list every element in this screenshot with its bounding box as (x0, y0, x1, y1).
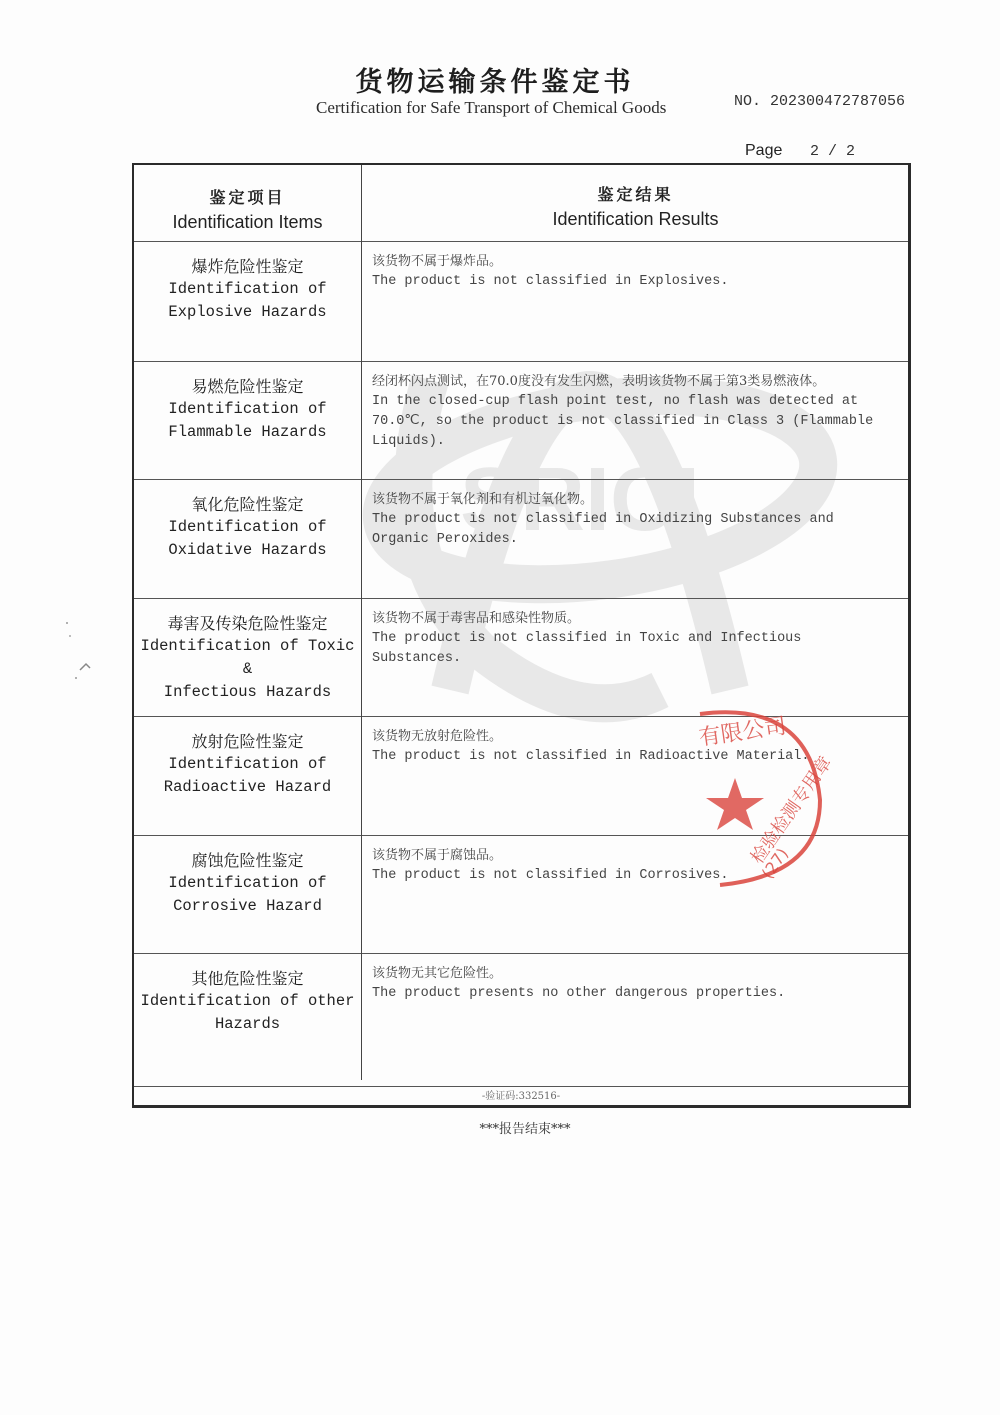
table-row: 放射危险性鉴定 Identification of Radioactive Ha… (134, 717, 908, 836)
result-cell: 该货物不属于爆炸品。 The product is not classified… (363, 242, 908, 361)
result-cell: 该货物无其它危险性。 The product presents no other… (363, 954, 908, 1086)
item-name-cn: 其他危险性鉴定 (134, 968, 361, 990)
result-en: The product is not classified in Toxic a… (372, 629, 898, 669)
table-row: 腐蚀危险性鉴定 Identification of Corrosive Haza… (134, 836, 908, 954)
item-cell: 其他危险性鉴定 Identification of other Hazards (134, 954, 361, 1086)
item-name-en: Identification of (134, 278, 361, 301)
table-header-row: 鉴定项目 Identification Items 鉴定结果 Identific… (134, 165, 908, 242)
page-title-en: Certification for Safe Transport of Chem… (316, 98, 666, 118)
scan-speck-marks (62, 618, 102, 688)
identification-table: 鉴定项目 Identification Items 鉴定结果 Identific… (132, 163, 911, 1108)
item-name-en: Infectious Hazards (134, 681, 361, 704)
end-of-report-mark: ***报告结束*** (0, 1118, 1000, 1137)
result-cn: 该货物无放射危险性。 (372, 727, 898, 747)
column-header-items-en: Identification Items (134, 212, 361, 233)
column-divider (361, 165, 362, 1080)
item-name-cn: 放射危险性鉴定 (134, 731, 361, 753)
result-cn: 该货物不属于毒害品和感染性物质。 (372, 609, 898, 629)
result-en: The product is not classified in Explosi… (372, 272, 898, 292)
item-name-en: Corrosive Hazard (134, 895, 361, 918)
result-en: The product is not classified in Oxidizi… (372, 510, 898, 550)
item-name-en: Identification of other (134, 990, 361, 1013)
item-name-en: Explosive Hazards (134, 301, 361, 324)
item-name-en: Flammable Hazards (134, 421, 361, 444)
result-cn: 该货物不属于爆炸品。 (372, 252, 898, 272)
result-cell: 该货物不属于毒害品和感染性物质。 The product is not clas… (363, 599, 908, 716)
item-name-cn: 易燃危险性鉴定 (134, 376, 361, 398)
table-row: 易燃危险性鉴定 Identification of Flammable Haza… (134, 362, 908, 480)
column-header-results-cn: 鉴定结果 (363, 182, 908, 205)
result-cell: 该货物不属于氧化剂和有机过氧化物。 The product is not cla… (363, 480, 908, 598)
verification-code: -验证码:332516- (134, 1087, 908, 1102)
item-name-en: Identification of (134, 398, 361, 421)
page-number: 2 / 2 (810, 143, 855, 160)
column-header-results: 鉴定结果 Identification Results (363, 165, 908, 241)
item-cell: 放射危险性鉴定 Identification of Radioactive Ha… (134, 717, 361, 835)
table-row: 毒害及传染危险性鉴定 Identification of Toxic & Inf… (134, 599, 908, 717)
result-en: The product presents no other dangerous … (372, 984, 898, 1004)
item-name-en: Hazards (134, 1013, 361, 1036)
result-cn: 该货物不属于腐蚀品。 (372, 846, 898, 866)
item-name-en: Radioactive Hazard (134, 776, 361, 799)
column-header-items: 鉴定项目 Identification Items (134, 165, 361, 241)
item-name-cn: 毒害及传染危险性鉴定 (134, 613, 361, 635)
item-cell: 爆炸危险性鉴定 Identification of Explosive Haza… (134, 242, 361, 361)
item-name-en: Identification of Toxic & (134, 635, 361, 681)
item-cell: 毒害及传染危险性鉴定 Identification of Toxic & Inf… (134, 599, 361, 716)
result-cn: 经闭杯闪点测试，在70.0度没有发生闪燃，表明该货物不属于第3类易燃液体。 (372, 372, 898, 392)
result-cn: 该货物无其它危险性。 (372, 964, 898, 984)
item-name-en: Oxidative Hazards (134, 539, 361, 562)
result-en: The product is not classified in Corrosi… (372, 866, 898, 886)
item-name-cn: 腐蚀危险性鉴定 (134, 850, 361, 872)
item-name-cn: 爆炸危险性鉴定 (134, 256, 361, 278)
item-cell: 易燃危险性鉴定 Identification of Flammable Haza… (134, 362, 361, 479)
item-cell: 腐蚀危险性鉴定 Identification of Corrosive Haza… (134, 836, 361, 953)
certificate-number: NO. 202300472787056 (734, 93, 905, 110)
column-header-results-en: Identification Results (363, 209, 908, 230)
item-cell: 氧化危险性鉴定 Identification of Oxidative Haza… (134, 480, 361, 598)
result-cell: 该货物不属于腐蚀品。 The product is not classified… (363, 836, 908, 953)
result-en: The product is not classified in Radioac… (372, 747, 898, 767)
result-cell: 经闭杯闪点测试，在70.0度没有发生闪燃，表明该货物不属于第3类易燃液体。 In… (363, 362, 908, 479)
table-row: 其他危险性鉴定 Identification of other Hazards … (134, 954, 908, 1087)
result-cn: 该货物不属于氧化剂和有机过氧化物。 (372, 490, 898, 510)
item-name-en: Identification of (134, 516, 361, 539)
column-header-items-cn: 鉴定项目 (134, 185, 361, 208)
page-label: Page (745, 142, 782, 160)
table-row: 爆炸危险性鉴定 Identification of Explosive Haza… (134, 242, 908, 362)
table-row: 氧化危险性鉴定 Identification of Oxidative Haza… (134, 480, 908, 599)
item-name-en: Identification of (134, 872, 361, 895)
item-name-cn: 氧化危险性鉴定 (134, 494, 361, 516)
result-cell: 该货物无放射危险性。 The product is not classified… (363, 717, 908, 835)
result-en: In the closed-cup flash point test, no f… (372, 392, 898, 452)
item-name-en: Identification of (134, 753, 361, 776)
